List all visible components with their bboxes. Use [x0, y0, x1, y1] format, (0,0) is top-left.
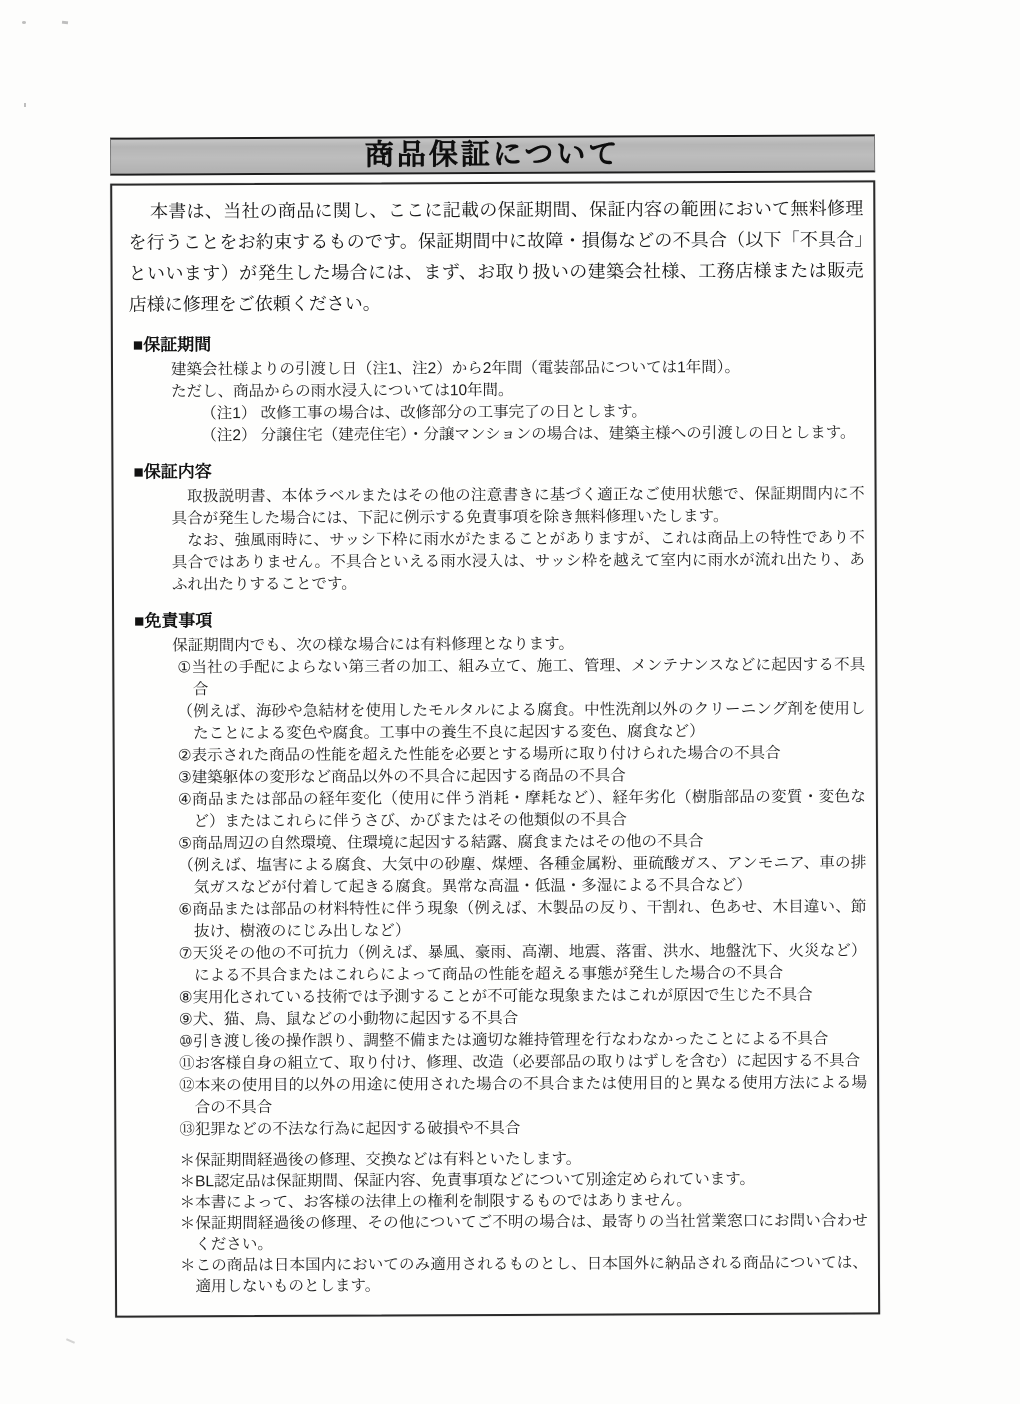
item-marker: ①	[177, 659, 191, 676]
footnote-marker: ＊	[179, 1152, 195, 1169]
footnote-text: 本書によって、お客様の法律上の権利を制限するものではありません。	[195, 1192, 692, 1211]
disclaimer-item-8: ⑧実用化されている技術では予測することが不可能な現象またはこれが原因で生じた不具…	[179, 984, 867, 1009]
section-heading-warranty-period: ■保証期間	[133, 332, 864, 355]
item-text: 商品または部品の材料特性に伴う現象（例えば、木製品の反り、干割れ、色あせ、木目違…	[192, 898, 866, 940]
item-text: 表示された商品の性能を超えた性能を必要とする場所に取り付けられた場合の不具合	[192, 745, 781, 765]
footnote-text: 保証期間経過後の修理、交換などは有料といたします。	[195, 1151, 581, 1170]
disclaimer-item-9: ⑨犬、猫、鳥、鼠などの小動物に起因する不具合	[179, 1006, 867, 1031]
item-marker: ④	[178, 791, 192, 808]
item-text: 商品または部品の経年変化（使用に伴う消耗・摩耗など）、経年劣化（樹脂部品の変質・…	[192, 788, 866, 830]
disclaimer-item-1-example: （例えば、海砂や急結材を使用したモルタルによる腐食。中性洗剤以外のクリーニング剤…	[177, 698, 865, 745]
item-text: 当社の手配によらない第三者の加工、組み立て、施工、管理、メンテナンスなどに起因す…	[191, 656, 865, 698]
item-marker: ⑫	[179, 1077, 195, 1094]
section-heading-warranty-content: ■保証内容	[133, 459, 864, 482]
disclaimer-item-4: ④商品または部品の経年変化（使用に伴う消耗・摩耗など）、経年劣化（樹脂部品の変質…	[178, 786, 866, 833]
item-text: 犬、猫、鳥、鼠などの小動物に起因する不具合	[193, 1010, 519, 1028]
item-marker: ⑧	[179, 989, 193, 1006]
footnote-marker: ＊	[180, 1173, 196, 1190]
item-text: 本来の使用目的以外の用途に使用された場合の不具合または使用目的と異なる使用方法に…	[195, 1074, 867, 1116]
page-title: 商品保証について	[365, 140, 621, 170]
footnote-marker: ＊	[180, 1257, 196, 1274]
item-marker: ⑩	[179, 1033, 193, 1050]
footnote-marker: ＊	[180, 1215, 196, 1232]
disclaimer-item-2: ②表示された商品の性能を超えた性能を必要とする場所に取り付けられた場合の不具合	[178, 742, 866, 767]
disclaimer-lead: 保証期間内でも、次の様な場合には有料修理となります。	[172, 632, 865, 657]
disclaimer-item-1: ①当社の手配によらない第三者の加工、組み立て、施工、管理、メンテナンスなどに起因…	[177, 654, 865, 701]
intro-paragraph: 本書は、当社の商品に関し、ここに記載の保証期間、保証内容の範囲において無料修理を…	[128, 193, 864, 320]
disclaimer-item-11: ⑪お客様自身の組立て、取り付け、修理、改造（必要部品の取りはずしを含む）に起因す…	[179, 1050, 867, 1075]
scan-artifact-stroke	[66, 1338, 75, 1343]
footnote-5: ＊この商品は日本国内においてのみ適用されるものとし、日本国外に納品される商品につ…	[180, 1252, 868, 1297]
item-marker: ②	[178, 747, 192, 764]
scan-artifact-mark	[62, 21, 68, 25]
disclaimer-item-12: ⑫本来の使用目的以外の用途に使用された場合の不具合または使用目的と異なる使用方法…	[179, 1072, 867, 1119]
item-text: 犯罪などの不法な行為に起因する破損や不具合	[195, 1120, 521, 1138]
scan-artifact-speck	[24, 103, 26, 107]
section-heading-disclaimer: ■免責事項	[134, 608, 865, 631]
disclaimer-item-5: ⑤商品周辺の自然環境、住環境に起因する結露、腐食またはその他の不具合	[178, 830, 866, 855]
item-marker: ⑤	[178, 835, 192, 852]
item-marker: ⑥	[178, 901, 192, 918]
disclaimer-item-3: ③建築躯体の変形など商品以外の不具合に起因する商品の不具合	[178, 764, 866, 789]
disclaimer-footnotes: ＊保証期間経過後の修理、交換などは有料といたします。 ＊BL認定品は保証期間、保…	[179, 1147, 868, 1297]
disclaimer-item-10: ⑩引き渡し後の操作誤り、調整不備または適切な維持管理を行なわなかったことによる不…	[179, 1028, 867, 1053]
warranty-period-line: 建築会社様よりの引渡し日（注1、注2）から2年間（電装部品については1年間）。	[171, 356, 864, 381]
warranty-content-paragraph: なお、強風雨時に、サッシ下枠に雨水がたまることがありますが、これは商品上の特性で…	[172, 527, 865, 596]
warranty-content-paragraph: 取扱説明書、本体ラベルまたはその他の注意書きに基づく適正なご使用状態で、保証期間…	[172, 483, 865, 530]
warranty-document: 商品保証について 本書は、当社の商品に関し、ここに記載の保証期間、保証内容の範囲…	[110, 134, 880, 1317]
warranty-period-note: （注2） 分譲住宅（建売住宅）・分譲マンションの場合は、建築主様への引渡しの日と…	[201, 422, 864, 447]
warranty-period-line: ただし、商品からの雨水浸入については10年間。	[171, 378, 864, 403]
footnote-text: 保証期間経過後の修理、その他についてご不明の場合は、最寄りの当社営業窓口にお問い…	[195, 1212, 867, 1253]
section-disclaimer: 保証期間内でも、次の様な場合には有料修理となります。 ①当社の手配によらない第三…	[172, 632, 868, 1297]
disclaimer-item-13: ⑬犯罪などの不法な行為に起因する破損や不具合	[179, 1116, 867, 1141]
footnote-2: ＊BL認定品は保証期間、保証内容、免責事項などについて別途定められています。	[180, 1168, 868, 1192]
section-warranty-period: 建築会社様よりの引渡し日（注1、注2）から2年間（電装部品については1年間）。 …	[171, 356, 864, 447]
footnote-3: ＊本書によって、お客様の法律上の権利を制限するものではありません。	[180, 1189, 868, 1213]
document-title-bar: 商品保証について	[110, 134, 875, 175]
scanned-page: 商品保証について 本書は、当社の商品に関し、ここに記載の保証期間、保証内容の範囲…	[0, 0, 1020, 1404]
scan-artifact-dot	[22, 21, 26, 24]
item-text: 商品周辺の自然環境、住環境に起因する結露、腐食またはその他の不具合	[192, 833, 704, 852]
disclaimer-list: ①当社の手配によらない第三者の加工、組み立て、施工、管理、メンテナンスなどに起因…	[177, 654, 867, 1141]
footnote-text: BL認定品は保証期間、保証内容、免責事項などについて別途定められています。	[195, 1171, 755, 1190]
item-marker: ⑦	[179, 945, 193, 962]
item-text: 建築躯体の変形など商品以外の不具合に起因する商品の不具合	[192, 767, 626, 786]
item-marker: ⑬	[179, 1121, 195, 1138]
item-marker: ⑨	[179, 1011, 193, 1028]
item-text: 実用化されている技術では予測することが不可能な現象またはこれが原因で生じた不具合	[193, 987, 813, 1007]
item-text: 引き渡し後の操作誤り、調整不備または適切な維持管理を行なわなかったことによる不具…	[193, 1031, 829, 1051]
item-marker: ③	[178, 769, 192, 786]
footnote-4: ＊保証期間経過後の修理、その他についてご不明の場合は、最寄りの当社営業窓口にお問…	[180, 1210, 868, 1255]
footnote-text: この商品は日本国内においてのみ適用されるものとし、日本国外に納品される商品につい…	[195, 1254, 867, 1295]
disclaimer-item-7: ⑦天災その他の不可抗力（例えば、暴風、豪雨、高潮、地震、落雷、洪水、地盤沈下、火…	[179, 940, 867, 987]
section-warranty-content: 取扱説明書、本体ラベルまたはその他の注意書きに基づく適正なご使用状態で、保証期間…	[172, 483, 865, 596]
disclaimer-item-6: ⑥商品または部品の材料特性に伴う現象（例えば、木製品の反り、干割れ、色あせ、木目…	[178, 896, 866, 943]
item-marker: ⑪	[179, 1055, 195, 1072]
footnote-1: ＊保証期間経過後の修理、交換などは有料といたします。	[179, 1147, 867, 1171]
disclaimer-item-5-example: （例えば、塩害による腐食、大気中の砂塵、煤煙、各種金属粉、亜硫酸ガス、アンモニア…	[178, 852, 866, 899]
warranty-period-note: （注1） 改修工事の場合は、改修部分の工事完了の日とします。	[201, 400, 864, 425]
footnote-marker: ＊	[180, 1194, 196, 1211]
item-text: お客様自身の組立て、取り付け、修理、改造（必要部品の取りはずしを含む）に起因する…	[195, 1052, 861, 1072]
item-text: 天災その他の不可抗力（例えば、暴風、豪雨、高潮、地震、落雷、洪水、地盤沈下、火災…	[193, 942, 867, 984]
warranty-body-box: 本書は、当社の商品に関し、ここに記載の保証期間、保証内容の範囲において無料修理を…	[110, 180, 880, 1317]
warranty-period-notes: （注1） 改修工事の場合は、改修部分の工事完了の日とします。 （注2） 分譲住宅…	[201, 400, 864, 447]
